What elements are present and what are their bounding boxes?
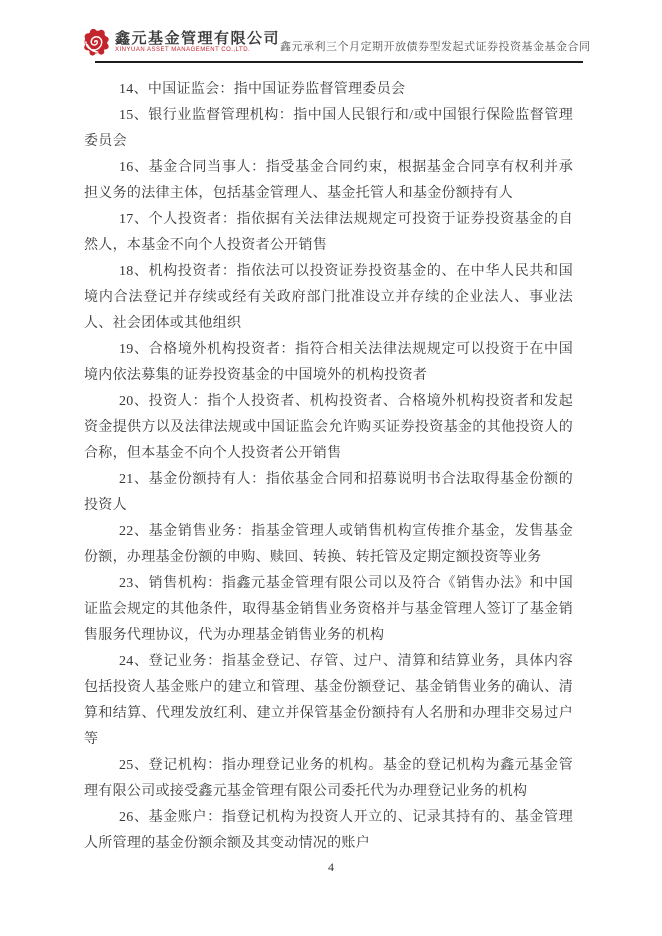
definition-item-15: 15、银行业监督管理机构：指中国人民银行和/或中国银行保险监督管理委员会: [84, 103, 573, 155]
brand-name-cn: 鑫元基金管理有限公司: [115, 30, 280, 47]
definition-item-16: 16、基金合同当事人：指受基金合同约束，根据基金合同享有权利并承担义务的法律主体…: [84, 155, 573, 207]
brand-name-en: XINYUAN ASSET MANAGEMENT CO.,LTD.: [115, 47, 280, 54]
definition-item-25: 25、登记机构：指办理登记业务的机构。基金的登记机构为鑫元基金管理有限公司或接受…: [84, 753, 573, 805]
definition-item-14: 14、中国证监会：指中国证券监督管理委员会: [84, 77, 573, 103]
brand: 鑫元基金管理有限公司 XINYUAN ASSET MANAGEMENT CO.,…: [82, 28, 280, 56]
definition-item-24: 24、登记业务：指基金登记、存管、过户、清算和结算业务，具体内容包括投资人基金账…: [84, 649, 573, 753]
document-page: 鑫元基金管理有限公司 XINYUAN ASSET MANAGEMENT CO.,…: [0, 0, 662, 936]
definition-item-22: 22、基金销售业务：指基金管理人或销售机构宣传推介基金，发售基金份额，办理基金份…: [84, 519, 573, 571]
brand-text: 鑫元基金管理有限公司 XINYUAN ASSET MANAGEMENT CO.,…: [115, 30, 280, 54]
definition-item-21: 21、基金份额持有人：指依基金合同和招募说明书合法取得基金份额的投资人: [84, 467, 573, 519]
page-number: 4: [0, 860, 662, 875]
definition-item-19: 19、合格境外机构投资者：指符合相关法律法规规定可以投资于在中国境内依法募集的证…: [84, 337, 573, 389]
definition-item-26: 26、基金账户：指登记机构为投资人开立的、记录其持有的、基金管理人所管理的基金份…: [84, 805, 573, 857]
document-title: 鑫元承利三个月定期开放债券型发起式证券投资基金基金合同: [280, 38, 591, 56]
definition-item-20: 20、投资人：指个人投资者、机构投资者、合格境外机构投资者和发起资金提供方以及法…: [84, 389, 573, 467]
document-body: 14、中国证监会：指中国证券监督管理委员会 15、银行业监督管理机构：指中国人民…: [84, 77, 573, 857]
definition-item-17: 17、个人投资者：指依据有关法律法规规定可投资于证券投资基金的自然人，本基金不向…: [84, 207, 573, 259]
rose-logo-icon: [82, 28, 110, 56]
definition-item-23: 23、销售机构：指鑫元基金管理有限公司以及符合《销售办法》和中国证监会规定的其他…: [84, 571, 573, 649]
page-header: 鑫元基金管理有限公司 XINYUAN ASSET MANAGEMENT CO.,…: [82, 28, 577, 56]
header-divider: [95, 61, 583, 63]
definition-item-18: 18、机构投资者：指依法可以投资证券投资基金的、在中华人民共和国境内合法登记并存…: [84, 259, 573, 337]
